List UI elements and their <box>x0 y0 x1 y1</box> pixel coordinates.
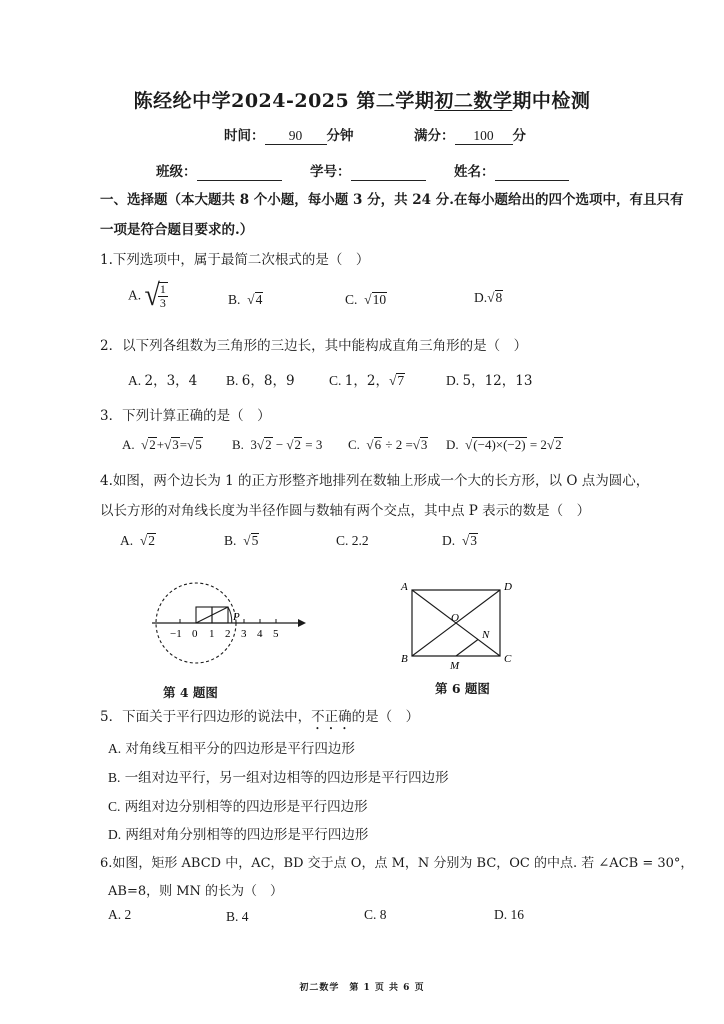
sqrt-icon: √ <box>286 437 293 452</box>
vertex-d-label: D <box>503 581 512 593</box>
option-letter: C. <box>336 533 348 548</box>
figure-4-number-line: −1 0 1 2 3 4 5 P <box>148 578 308 678</box>
sqrt-expression: √2 <box>141 437 157 453</box>
sqrt-expression: √2 <box>286 437 302 453</box>
axis-label-5: 5 <box>273 628 279 640</box>
sqrt-expression: √6 <box>366 437 382 453</box>
option-letter: D. <box>108 827 121 842</box>
option-letter: C. <box>329 373 341 388</box>
equals: = 2 <box>530 437 547 452</box>
option-letter: B. <box>224 533 236 548</box>
sqrt-icon: √ <box>243 533 250 548</box>
question-2-stem: 2．以下列各组数为三角形的三边长，其中能构成直角三角形的是（ ） <box>100 334 527 354</box>
time-field: 时间：90分钟 <box>224 124 354 145</box>
score-value: 100 <box>455 128 513 145</box>
question-6-stem-line1: 6.如图，矩形 ABCD 中，AC，BD 交于点 O，点 M，N 分别为 BC，… <box>100 852 693 871</box>
axis-label-neg1: −1 <box>170 628 182 640</box>
option-letter: C. <box>345 292 357 307</box>
q2-option-a[interactable]: A. 2，3，4 <box>128 369 197 389</box>
sqrt-expression: √2 <box>140 533 156 549</box>
option-text: 2，3，4 <box>145 373 198 389</box>
title-subject: 初二数学 <box>434 90 512 112</box>
title-school-term: 陈经纶中学2024-2025 第二学期 <box>134 90 435 112</box>
option-letter: D. <box>446 373 459 388</box>
option-text: 对角线互相平分的四边形是平行四边形 <box>125 741 355 757</box>
class-field[interactable]: 班级： <box>156 160 282 181</box>
student-no-blank[interactable] <box>351 164 426 181</box>
sqrt-icon: √ <box>389 373 396 388</box>
option-letter: B. <box>108 770 120 785</box>
option-letter: B. <box>232 437 244 452</box>
q5-option-d[interactable]: D. 两组对角分别相等的四边形是平行四边形 <box>108 823 368 843</box>
option-text: 2.2 <box>352 533 369 548</box>
sqrt-expression: √5 <box>243 533 259 549</box>
q4-option-a[interactable]: A. √2 <box>120 533 156 549</box>
radicand: 6 <box>374 437 383 452</box>
q3-option-a[interactable]: A. √2+√3=√5 <box>122 437 203 453</box>
q1-option-d[interactable]: D.√8 <box>474 290 503 306</box>
vertex-c-label: C <box>504 653 512 665</box>
figure-6-rectangle: A D B C O N M <box>400 578 530 673</box>
q5-option-a[interactable]: A. 对角线互相平分的四边形是平行四边形 <box>108 737 355 757</box>
q4-option-d[interactable]: D. √3 <box>442 533 478 549</box>
option-letter: A. <box>108 907 121 922</box>
sqrt-expression: √2 <box>547 437 563 453</box>
radicand: 5 <box>194 437 203 452</box>
radicand: 4 <box>255 292 264 308</box>
time-unit: 分钟 <box>327 128 354 144</box>
option-letter: D. <box>442 533 455 548</box>
axis-label-1: 1 <box>209 628 215 640</box>
option-letter: B. <box>226 373 238 388</box>
student-no-label: 学号： <box>310 164 351 180</box>
question-4-stem-line2: 以长方形的对角线长度为半径作圆与数轴有两个交点，其中点 P 表示的数是（ ） <box>100 499 590 519</box>
section-heading-line1: 一、选择题（本大题共 8 个小题，每小题 3 分，共 24 分.在每小题给出的四… <box>100 188 683 208</box>
axis-label-4: 4 <box>257 628 263 640</box>
equals: = 3 <box>305 437 322 452</box>
sqrt-expression: √2 <box>257 437 273 453</box>
sqrt-expression: √10 <box>364 292 387 308</box>
axis-label-2: 2 <box>225 628 231 640</box>
sqrt-icon: √ <box>257 437 264 452</box>
q6-option-c[interactable]: C. 8 <box>364 907 387 923</box>
option-letter: B. <box>228 292 240 307</box>
sqrt-expression: √4 <box>247 292 263 308</box>
question-6-stem-line2: AB=8，则 MN 的长为（ ） <box>108 880 283 899</box>
q3-option-c[interactable]: C. √6 ÷ 2 =√3 <box>348 437 428 453</box>
option-letter: C. <box>108 799 120 814</box>
score-label: 满分： <box>414 128 455 144</box>
name-label: 姓名： <box>454 164 495 180</box>
radicand: 2 <box>554 437 563 452</box>
sqrt-expression: √3 <box>164 437 180 453</box>
operator: + <box>157 437 164 452</box>
q2-option-c[interactable]: C. 1，2，√7 <box>329 369 405 389</box>
q4-option-c[interactable]: C. 2.2 <box>336 533 369 549</box>
radicand: 8 <box>495 290 504 306</box>
point-p-label: P <box>232 611 240 623</box>
sqrt-icon: √ <box>141 437 148 452</box>
vertex-b-label: B <box>401 653 408 665</box>
sqrt-icon: √ <box>413 437 420 452</box>
sqrt-expression: √3 <box>413 437 429 453</box>
title-exam-type: 期中检测 <box>512 90 590 112</box>
option-letter: C. <box>348 437 360 452</box>
sqrt-icon: √ <box>164 437 171 452</box>
option-letter: A. <box>108 741 121 756</box>
sqrt-expression: √3 <box>462 533 478 549</box>
q2-option-d[interactable]: D. 5，12，13 <box>446 369 532 389</box>
option-text: 8 <box>380 907 387 922</box>
sqrt-icon: √ <box>247 292 254 307</box>
radicand: 10 <box>372 292 388 308</box>
sqrt-icon: √ <box>465 437 472 452</box>
stem-suffix: 的是（ ） <box>352 709 420 725</box>
radicand: 5 <box>251 533 260 549</box>
option-letter: A. <box>128 373 141 388</box>
exam-title: 陈经纶中学2024-2025 第二学期初二数学期中检测 <box>0 86 724 113</box>
radicand: 2 <box>264 437 273 452</box>
q5-option-c[interactable]: C. 两组对边分别相等的四边形是平行四边形 <box>108 795 368 815</box>
q1-option-a[interactable]: A. √ 1 3 <box>128 282 168 310</box>
point-m-label: M <box>449 660 460 672</box>
q1-option-c[interactable]: C. √10 <box>345 292 387 308</box>
name-blank[interactable] <box>495 164 569 181</box>
sqrt-expression: √7 <box>389 373 405 389</box>
option-letter: A. <box>120 533 133 548</box>
option-letter: C. <box>364 907 376 922</box>
radicand: 3 <box>469 533 478 549</box>
option-text: 两组对角分别相等的四边形是平行四边形 <box>125 827 368 843</box>
sqrt-icon: √ <box>364 292 371 307</box>
score-field: 满分：100分 <box>414 124 526 145</box>
operator: ÷ 2 = <box>385 437 412 452</box>
time-label: 时间： <box>224 128 265 144</box>
emphasized-text: 不正确 <box>311 709 352 725</box>
q2-option-b[interactable]: B. 6，8，9 <box>226 369 295 389</box>
option-letter: D. <box>494 907 507 922</box>
axis-label-0: 0 <box>192 628 198 640</box>
radicand: 3 <box>420 437 429 452</box>
sqrt-icon: √ <box>462 533 469 548</box>
option-letter: D. <box>446 437 459 452</box>
radicand: (−4)×(−2) <box>472 437 526 452</box>
sqrt-icon: √ <box>140 533 147 548</box>
option-text: 两组对边分别相等的四边形是平行四边形 <box>125 799 368 815</box>
sqrt-icon: √ <box>145 281 160 312</box>
point-o-label: O <box>451 612 459 624</box>
name-field[interactable]: 姓名： <box>454 160 569 181</box>
question-5-stem: 5．下面关于平行四边形的说法中，不正确的是（ ） <box>100 705 419 733</box>
q4-option-b[interactable]: B. √5 <box>224 533 259 549</box>
sqrt-expression: √8 <box>487 290 503 306</box>
option-text: 一组对边平行，另一组对边相等的四边形是平行四边形 <box>125 770 449 786</box>
figure-6-caption: 第 6 题图 <box>435 679 490 697</box>
q6-option-d[interactable]: D. 16 <box>494 907 524 923</box>
student-no-field[interactable]: 学号： <box>310 160 426 181</box>
operator: − <box>276 437 283 452</box>
sqrt-icon: √ <box>366 437 373 452</box>
figure-4-caption: 第 4 题图 <box>163 683 218 701</box>
point-n-label: N <box>481 629 490 641</box>
vertex-a-label: A <box>400 581 408 593</box>
q5-option-b[interactable]: B. 一组对边平行，另一组对边相等的四边形是平行四边形 <box>108 766 449 786</box>
stem-prefix: 5．下面关于平行四边形的说法中， <box>100 709 311 725</box>
option-text: 5，12，13 <box>463 373 533 389</box>
option-text: 4 <box>242 909 249 924</box>
radicand: 3 <box>171 437 180 452</box>
radicand: 2 <box>294 437 303 452</box>
radicand: 2 <box>147 533 156 549</box>
q1-option-b[interactable]: B. √4 <box>228 292 263 308</box>
option-letter: D. <box>474 290 487 305</box>
time-value: 90 <box>265 128 327 145</box>
axis-label-3: 3 <box>241 628 247 640</box>
page-footer: 初二数学 第 1 页 共 6 页 <box>0 980 724 993</box>
question-3-stem: 3．下列计算正确的是（ ） <box>100 404 271 424</box>
sqrt-expression: √(−4)×(−2) <box>465 437 526 453</box>
section-heading-line2: 一项是符合题目要求的.） <box>100 218 253 238</box>
sqrt-expression: √5 <box>187 437 203 453</box>
radicand: 7 <box>396 373 405 389</box>
q3-option-d[interactable]: D. √(−4)×(−2) = 2√2 <box>446 437 563 453</box>
sqrt-icon: √ <box>187 437 194 452</box>
q3-option-b[interactable]: B. 3√2 − √2 = 3 <box>232 437 322 453</box>
sqrt-icon: √ <box>547 437 554 452</box>
option-text: 2 <box>125 907 132 922</box>
radicand: 2 <box>148 437 157 452</box>
option-text: 1，2， <box>345 373 389 389</box>
question-1-stem: 1.下列选项中，属于最简二次根式的是（ ） <box>100 248 369 268</box>
option-letter: A. <box>128 287 141 302</box>
class-blank[interactable] <box>197 164 282 181</box>
option-letter: B. <box>226 909 238 924</box>
option-letter: A. <box>122 437 135 452</box>
equals: = <box>180 437 187 452</box>
score-unit: 分 <box>513 128 527 144</box>
option-text: 6，8，9 <box>242 373 295 389</box>
sqrt-icon: √ <box>487 290 494 305</box>
question-4-stem-line1: 4.如图，两个边长为 1 的正方形整齐地排列在数轴上形成一个大的长方形，以 O … <box>100 469 649 489</box>
class-label: 班级： <box>156 164 197 180</box>
option-text: 16 <box>511 907 525 922</box>
q6-option-a[interactable]: A. 2 <box>108 907 131 923</box>
q6-option-b[interactable]: B. 4 <box>226 909 249 925</box>
